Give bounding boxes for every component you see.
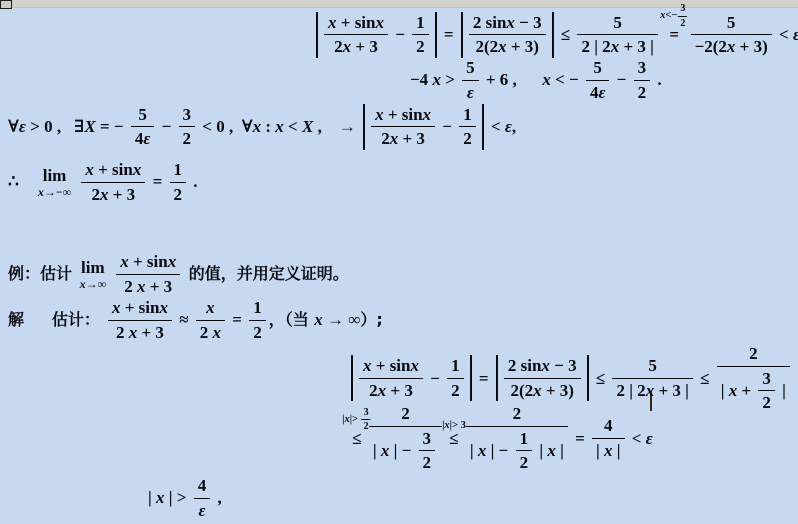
annotated-operator: x<−32 =: [661, 25, 688, 45]
fraction: 5ε: [462, 58, 479, 102]
numerator: 5: [131, 105, 154, 128]
numerator: x: [196, 298, 225, 321]
fraction: 2 sin x − 32(2x + 3): [504, 356, 581, 400]
math-text: ,: [213, 488, 222, 508]
math-variable: x: [646, 381, 655, 401]
denominator: 2x + 3: [324, 35, 388, 57]
math-variable: x: [423, 105, 432, 125]
function-name: sin: [355, 13, 376, 33]
math-text: | x +: [721, 381, 756, 401]
math-text: ∴: [8, 172, 36, 192]
math-variable: x: [120, 252, 129, 272]
math-variable: x: [328, 13, 337, 33]
math-variable: x: [213, 323, 222, 343]
math-text: ≤: [592, 369, 610, 389]
cjk-text: 例：估计: [8, 265, 78, 283]
function-name: sin: [521, 356, 542, 376]
denominator: 2 x + 3: [116, 275, 180, 297]
denominator: ε: [194, 499, 211, 521]
fraction: 2 sin x − 32(2x + 3): [469, 13, 546, 57]
math-variable: x: [129, 323, 138, 343]
denominator: 2 x: [196, 321, 225, 343]
numerator: 2: [369, 404, 442, 427]
fraction: 32: [678, 3, 687, 29]
abs-bar: [496, 355, 498, 401]
math-text: −: [612, 70, 630, 90]
fraction: 4| x |: [592, 416, 625, 460]
fraction: 52 | 2x + 3 |: [577, 13, 657, 57]
fraction: 12: [170, 160, 187, 204]
math-variable: x: [410, 356, 419, 376]
fraction: x + sin x2 x + 3: [116, 252, 180, 296]
numerator: 1: [447, 356, 464, 379]
math-variable: x: [381, 441, 390, 460]
math-variable: x: [206, 298, 215, 318]
denominator: 2: [412, 35, 429, 57]
math-variable: x: [375, 13, 384, 33]
fraction: 2| x | − 12 | x |: [466, 404, 568, 473]
denominator: 2(2x + 3): [504, 379, 581, 401]
numerator: x + sin x: [116, 252, 180, 275]
denominator: 2: [516, 451, 533, 473]
fraction: 2| x + 32 |: [717, 344, 790, 413]
math-text: x<−: [660, 10, 677, 22]
denominator: 2: [678, 17, 687, 30]
math-variable: x: [253, 117, 262, 136]
fraction: 5−2(2x + 3): [691, 13, 772, 57]
condition-annotation: |x|> 3: [442, 420, 466, 432]
math-text: x → ∞: [314, 310, 360, 330]
function-name: sin: [486, 13, 507, 33]
numerator: x + sin x: [324, 13, 388, 36]
numerator: 3: [758, 369, 775, 392]
limit-subscript: x→∞: [80, 278, 107, 290]
numerator: 3: [419, 429, 436, 452]
math-variable: x: [100, 185, 109, 205]
fraction: 4ε: [194, 476, 211, 520]
cjk-text: 的值，并用定义证明。: [183, 265, 349, 283]
denominator: 2: [419, 451, 436, 473]
condition-annotation: x<−32: [660, 3, 688, 29]
math-text: =: [148, 172, 166, 192]
numerator: 4: [194, 476, 211, 499]
math-text: −: [157, 117, 175, 137]
fraction: x + sin x2x + 3: [324, 13, 388, 57]
numerator: 1: [249, 298, 266, 321]
math-variable: x: [541, 356, 550, 376]
math-variable: x: [432, 70, 441, 89]
numerator: x + sin x: [371, 105, 435, 128]
fraction: 52 | 2x + 3 |: [612, 356, 692, 400]
abs-bar: [470, 355, 472, 401]
math-text: −: [391, 25, 409, 45]
numerator: 2 sin x − 3: [504, 356, 581, 379]
denominator: | x |: [592, 439, 625, 461]
denominator: | x | − 32: [369, 427, 442, 473]
numerator: 5: [691, 13, 772, 36]
limit-operator: limx→−∞: [38, 167, 71, 198]
math-variable: ε: [198, 501, 205, 521]
math-text: =: [571, 429, 589, 449]
math-variable: x: [159, 298, 168, 318]
math-text: ≤: [557, 25, 575, 45]
denominator: 2: [179, 127, 196, 149]
numerator: 1: [170, 160, 187, 183]
fraction: 32: [362, 407, 371, 433]
numerator: 2: [717, 344, 790, 367]
numerator: 5: [586, 58, 609, 81]
fraction: x + sin x2x + 3: [359, 356, 423, 400]
fraction: x + sin x2x + 3: [371, 105, 435, 149]
denominator: 4ε: [131, 127, 154, 149]
math-variable: x: [275, 117, 284, 136]
numerator: 2 sin x − 3: [469, 13, 546, 36]
math-variable: x: [314, 310, 323, 329]
math-text: | x |: [535, 441, 564, 461]
window-fragment-icon: [0, 0, 12, 9]
abs-bar: [435, 12, 437, 58]
math-variable: ε: [505, 117, 512, 136]
slide-canvas: x + sin x2x + 3 − 12 = 2 sin x − 32(2x +…: [0, 0, 798, 524]
math-text: −: [438, 117, 456, 137]
fraction: 32: [758, 369, 775, 413]
fraction: x + sin x2 x + 3: [108, 298, 172, 342]
math-variable: ε: [646, 429, 653, 448]
abs-bar: [316, 12, 318, 58]
math-variable: ε: [793, 25, 798, 44]
fraction: 32: [634, 58, 651, 102]
math-text: < 0 , ∀x : x < X , →: [198, 117, 360, 137]
denominator: 2 | 2x + 3 |: [612, 379, 692, 401]
function-name: sin: [112, 160, 133, 180]
math-variable: x: [729, 381, 738, 400]
math-text: < ε,: [487, 117, 516, 137]
math-text: ∀ε > 0 , ∃X = −: [8, 117, 128, 137]
function-name: sin: [402, 105, 423, 125]
abs-bar: [552, 12, 554, 58]
abs-bar: [482, 104, 484, 150]
fraction: 12: [412, 13, 429, 57]
math-variable: x: [390, 129, 399, 149]
limit-subscript: x→−∞: [38, 186, 71, 198]
derivation-solve-for-x: −4 x > 5ε + 6 , x < − 54ε − 32 .: [410, 58, 662, 102]
denominator: 2x + 3: [371, 127, 435, 149]
math-text: + 6 , x < −: [482, 70, 583, 90]
math-variable: x: [378, 381, 387, 401]
fraction: 54ε: [586, 58, 609, 102]
numerator: 5: [612, 356, 692, 379]
numerator: 2: [466, 404, 568, 427]
math-variable: X: [302, 117, 313, 136]
fraction: 32: [179, 105, 196, 149]
math-variable: x: [611, 37, 620, 57]
proof-abs-estimate-line-1: x + sin x2x + 3 − 12 = 2 sin x − 32(2x +…: [348, 344, 793, 413]
math-variable: x: [112, 298, 121, 318]
denominator: | x + 32 |: [717, 367, 790, 413]
math-variable: ε: [19, 117, 26, 136]
numerator: 1: [459, 105, 476, 128]
fraction: 12: [459, 105, 476, 149]
cjk-text: ）;: [360, 311, 382, 329]
math-text: =: [228, 310, 246, 330]
numerator: 4: [592, 416, 625, 439]
math-variable: x: [38, 185, 44, 199]
math-text: −: [426, 369, 444, 389]
math-text: |: [778, 381, 786, 401]
math-variable: x: [344, 414, 349, 425]
math-variable: x: [506, 13, 515, 33]
math-variable: x: [156, 488, 165, 507]
numerator: 1: [516, 429, 533, 452]
denominator: 2: [249, 321, 266, 343]
math-variable: x: [444, 420, 449, 431]
math-text: −4 x >: [410, 70, 459, 90]
math-variable: x: [727, 37, 736, 57]
math-variable: x: [375, 105, 384, 125]
numerator: 3: [634, 58, 651, 81]
math-variable: ε: [598, 83, 605, 103]
math-text: ≤: [696, 369, 714, 389]
math-variable: x: [137, 277, 146, 297]
math-variable: x: [547, 441, 556, 460]
example-statement: 例：估计 limx→∞x + sin x2 x + 3 的值，并用定义证明。: [8, 252, 349, 296]
math-text: =: [440, 25, 458, 45]
abs-bar: [351, 355, 353, 401]
math-variable: X: [84, 117, 95, 136]
denominator: | x | − 12 | x |: [466, 427, 568, 473]
fraction: 32: [419, 429, 436, 473]
solution-estimate-line: 解 估计：x + sin x2 x + 3 ≈ x2 x = 12，（当 x →…: [8, 298, 383, 342]
math-text: ≈: [175, 310, 193, 330]
abs-bar: [461, 12, 463, 58]
math-variable: x: [85, 160, 94, 180]
function-name: sin: [390, 356, 411, 376]
math-variable: x: [604, 441, 613, 461]
math-variable: x: [80, 277, 86, 291]
fraction: x2 x: [196, 298, 225, 342]
math-variable: x: [363, 356, 372, 376]
fraction: x + sin x2x + 3: [81, 160, 145, 204]
numerator: 3: [678, 3, 687, 17]
fraction: 54ε: [131, 105, 154, 149]
numerator: 5: [577, 13, 657, 36]
function-name: sin: [139, 298, 160, 318]
fraction: 2| x | − 32: [369, 404, 442, 473]
fraction: 12: [516, 429, 533, 473]
cjk-text: ，（当: [269, 311, 315, 329]
math-text: =: [475, 369, 493, 389]
denominator: 2: [758, 391, 775, 413]
limit-label: lim: [81, 259, 105, 276]
denominator: 2 | 2x + 3 |: [577, 35, 657, 57]
conclusion-limit-line: ∴ limx→−∞x + sin x2x + 3 = 12 .: [8, 160, 198, 204]
math-variable: ε: [143, 129, 150, 149]
math-variable: x: [168, 252, 177, 272]
math-variable: ε: [467, 83, 474, 103]
denominator: 2: [362, 420, 371, 433]
annotated-operator: |x|> 3 ≤: [445, 429, 463, 449]
denominator: 2x + 3: [359, 379, 423, 401]
numerator: 3: [362, 407, 371, 421]
abs-bar: [363, 104, 365, 150]
denominator: −2(2x + 3): [691, 35, 772, 57]
numerator: 1: [412, 13, 429, 36]
fraction: 12: [249, 298, 266, 342]
annotated-operator: |x|> 32 ≤: [348, 429, 366, 449]
denominator: 2: [170, 183, 187, 205]
denominator: 4ε: [586, 81, 609, 103]
definition-forall-exists-line: ∀ε > 0 , ∃X = − 54ε − 32 < 0 , ∀x : x < …: [8, 104, 516, 150]
math-variable: x: [478, 441, 487, 460]
denominator: 2: [459, 127, 476, 149]
numerator: 3: [179, 105, 196, 128]
math-variable: x: [660, 10, 665, 21]
math-text: .: [653, 70, 662, 90]
math-text: | x | −: [373, 441, 416, 461]
abs-bar: [587, 355, 589, 401]
math-text: |x|>: [342, 414, 360, 426]
numerator: x + sin x: [81, 160, 145, 183]
denominator: 2 x + 3: [108, 321, 172, 343]
math-text: | x | >: [148, 488, 191, 508]
limit-label: lim: [43, 167, 67, 184]
math-text: < ε,: [775, 25, 798, 45]
denominator: 2: [634, 81, 651, 103]
math-variable: x: [498, 37, 507, 57]
math-variable: x: [133, 160, 142, 180]
denominator: ε: [462, 81, 479, 103]
cjk-text: 解 估计：: [8, 311, 100, 329]
limit-operator: limx→∞: [80, 259, 107, 290]
denominator: 2(2x + 3): [469, 35, 546, 57]
math-text: |x|> 3: [442, 420, 466, 432]
denominator: 2x + 3: [81, 183, 145, 205]
numerator: x + sin x: [359, 356, 423, 379]
math-text: .: [189, 172, 198, 192]
proof-abs-estimate-line-2: |x|> 32 ≤ 2| x | − 32|x|> 3 ≤ 2| x | − 1…: [348, 404, 653, 473]
numerator: x + sin x: [108, 298, 172, 321]
condition-annotation: |x|> 32: [342, 407, 371, 433]
derivation-abs-estimate-neg-infinity: x + sin x2x + 3 − 12 = 2 sin x − 32(2x +…: [313, 12, 798, 58]
fraction: 12: [447, 356, 464, 400]
math-text: < ε: [628, 429, 653, 449]
math-variable: x: [542, 70, 551, 89]
function-name: sin: [147, 252, 168, 272]
epsilon-condition-line: | x | > 4ε ,: [148, 476, 222, 520]
math-variable: x: [343, 37, 352, 57]
numerator: 5: [462, 58, 479, 81]
math-variable: x: [533, 381, 542, 401]
denominator: 2: [447, 379, 464, 401]
math-text: | x | −: [470, 441, 513, 461]
